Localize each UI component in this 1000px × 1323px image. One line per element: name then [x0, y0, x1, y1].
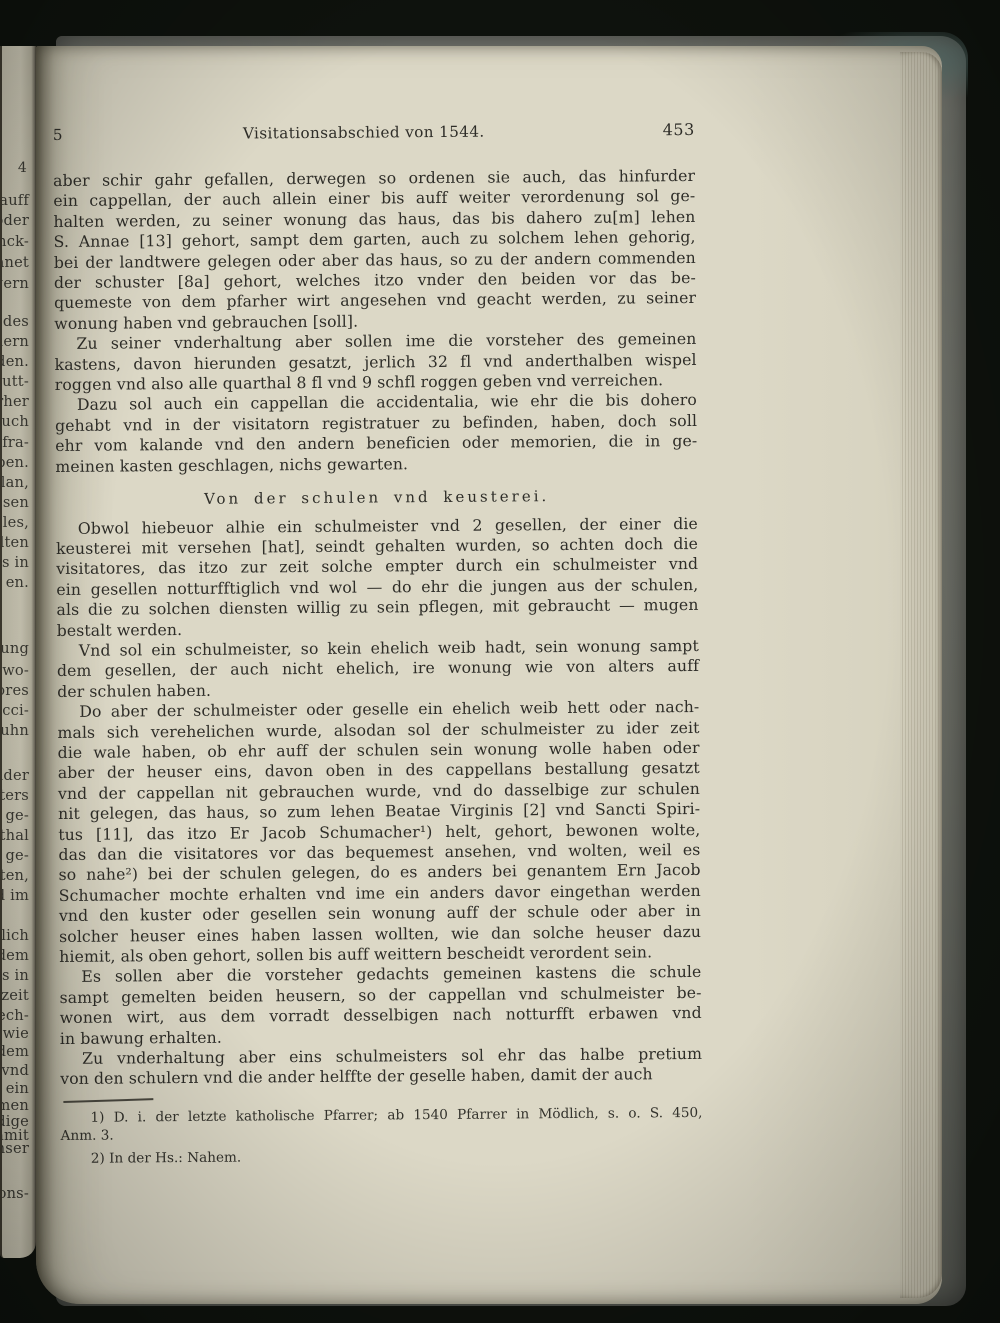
- paragraph: Dazu sol auch ein cappellan die accident…: [55, 390, 698, 477]
- margin-fragment: anck-: [0, 233, 29, 250]
- margin-fragment: en.: [6, 574, 29, 591]
- margin-fragment: auch: [0, 413, 29, 430]
- margin-fragment: arthal: [0, 827, 29, 844]
- margin-fragment: ls ein: [0, 1080, 29, 1097]
- margin-fragment: vnd: [1, 1062, 29, 1079]
- margin-fragment: tores: [0, 682, 29, 699]
- margin-fragment: hten,: [0, 867, 29, 884]
- margin-fragment: vnser: [0, 1140, 29, 1157]
- footnote: 2) In der Hs.: Nahem.: [61, 1145, 703, 1168]
- page-content: 5 Visitationsabschied von 1544. 453 aber…: [53, 121, 703, 1173]
- margin-fragment: igern: [0, 275, 29, 292]
- paragraph: Vnd sol ein schulmeister, so kein ehelic…: [57, 636, 699, 702]
- section-heading: Von der schulen vnd keusterei.: [56, 485, 698, 510]
- margin-fragment: t wie: [0, 1025, 29, 1042]
- margin-fragment: dem: [0, 1043, 29, 1060]
- margin-fragment: fuder: [0, 767, 29, 784]
- margin-fragment: hern: [0, 333, 29, 350]
- margin-fragment: fra-: [2, 434, 29, 451]
- margin-fragment: ions-: [0, 1185, 29, 1202]
- paragraph: Zu vnderhaltung aber eins schulmeisters …: [60, 1044, 702, 1090]
- margin-fragment: s dem: [0, 947, 29, 964]
- margin-fragment: hs in: [0, 967, 29, 984]
- page-fore-edge: [900, 52, 942, 1298]
- margin-fragment: llan,: [0, 474, 29, 491]
- paragraph: Zu seiner vnderhaltung aber sollen ime d…: [54, 329, 696, 395]
- paragraph: aber schir gahr gefallen, derwegen so or…: [53, 166, 696, 334]
- margin-fragment: tzeit: [0, 987, 29, 1004]
- margin-fragment: alten: [0, 534, 29, 551]
- facing-page-edge: 4auffoderanck-nanetigerndeshernrden.eutt…: [0, 46, 36, 1258]
- margin-fragment: t, ge-: [0, 807, 29, 824]
- margin-fragment: rs in: [0, 554, 29, 571]
- margin-fragment: essen: [0, 494, 29, 511]
- margin-fragment: des: [3, 313, 29, 330]
- margin-fragment: auff: [0, 192, 29, 209]
- margin-fragment: 4: [18, 160, 27, 176]
- margin-fragment: gelich: [0, 927, 29, 944]
- margin-fragment: eutt-: [0, 373, 29, 390]
- margin-fragment: alters: [0, 787, 29, 804]
- margin-fragment: oder: [0, 212, 29, 229]
- running-header: 5 Visitationsabschied von 1544. 453: [53, 121, 695, 144]
- paragraph: Obwol hiebeuor alhie ein schulmeister vn…: [56, 513, 699, 640]
- book-page: 5 Visitationsabschied von 1544. 453 aber…: [36, 46, 942, 1304]
- margin-fragment: nanet: [0, 254, 29, 271]
- margin-fragment: rech-: [0, 1007, 29, 1024]
- paragraph: Do aber der schulmeister oder geselle ei…: [57, 697, 701, 967]
- footnotes: 1) D. i. der letzte katholische Pfarrer;…: [60, 1104, 702, 1168]
- text-line: von den schulern vnd die ander helffte d…: [60, 1064, 702, 1089]
- margin-fragment: nmen: [0, 1097, 29, 1114]
- margin-fragment: d im: [0, 887, 29, 904]
- margin-fragment: uhn: [0, 722, 29, 739]
- footnote-line: 2) In der Hs.: Nahem.: [61, 1145, 703, 1168]
- margin-fragment: arher: [0, 393, 29, 410]
- book-scan: { "colors": { "background": "#0e120d", "…: [0, 0, 1000, 1323]
- text-line: meinen kasten geschlagen, nichs gewarten…: [55, 452, 697, 477]
- running-title: Visitationsabschied von 1544.: [93, 121, 635, 143]
- margin-fragment: eben.: [0, 454, 29, 471]
- margin-fragment: alles,: [0, 514, 29, 531]
- paragraph: Es sollen aber die vorsteher gedachts ge…: [59, 962, 702, 1049]
- signature-mark: 5: [53, 126, 93, 144]
- margin-fragment: wo-: [2, 662, 29, 679]
- footnote: 1) D. i. der letzte katholische Pfarrer;…: [60, 1104, 702, 1145]
- margin-fragment: rden.: [0, 353, 29, 370]
- footnote-separator: [63, 1098, 153, 1103]
- margin-fragment: acci-: [0, 702, 29, 719]
- margin-fragment: sung: [0, 640, 29, 657]
- page-number: 453: [635, 121, 695, 139]
- margin-fragment: n ge-: [0, 847, 29, 864]
- body-text: aber schir gahr gefallen, derwegen so or…: [53, 166, 702, 1090]
